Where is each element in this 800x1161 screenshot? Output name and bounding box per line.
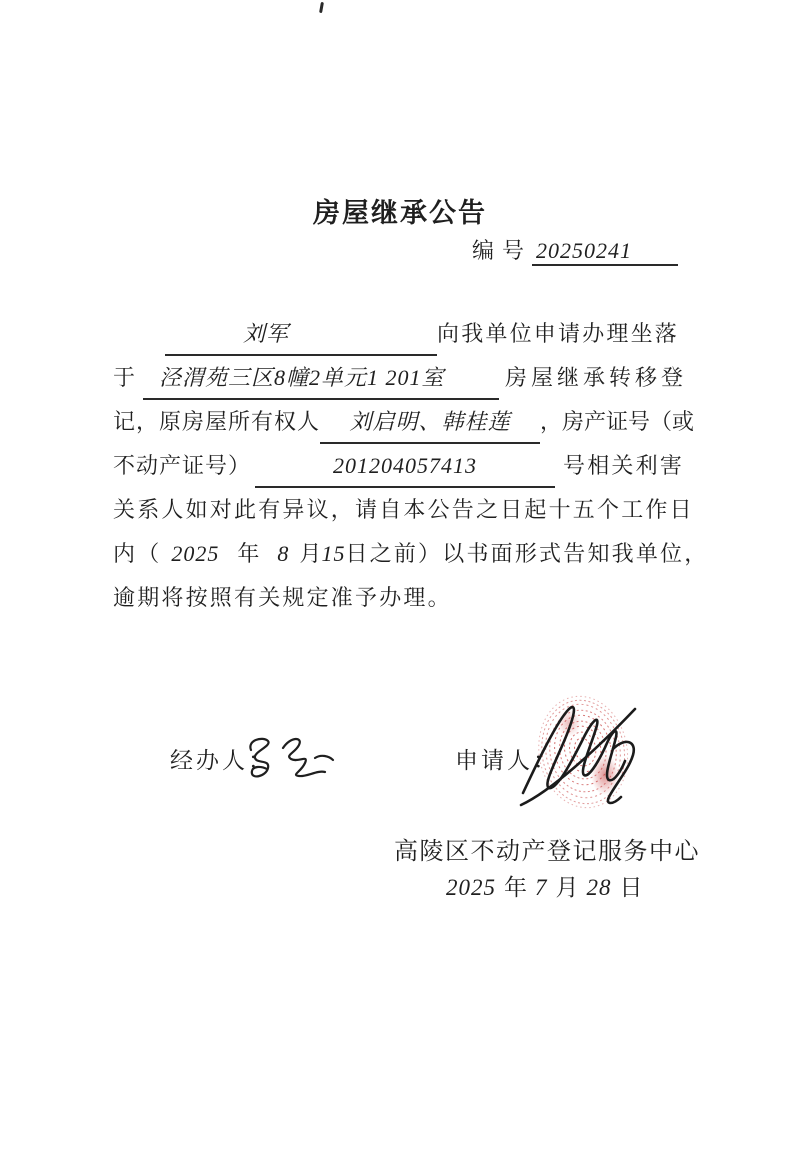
notice-body: 刘军向我单位申请办理坐落 于泾渭苑三区8幢2单元1 201室房屋继承转移登 记，… <box>113 314 695 622</box>
issue-date-day: 28 <box>587 875 612 900</box>
inheritance-notice-document: 房屋继承公告 编号20250241 刘军向我单位申请办理坐落 于泾渭苑三区8幢2… <box>0 0 800 1161</box>
original-owners-underline: 刘启明、韩桂莲 <box>320 402 540 444</box>
property-address-underline: 泾渭苑三区8幢2单元1 201室 <box>143 358 499 400</box>
deadline-year: 2025 <box>171 541 219 566</box>
number-label: 编号 <box>472 238 532 263</box>
property-address: 泾渭苑三区8幢2单元1 201室 <box>159 365 445 390</box>
applicant-signature-area <box>517 693 647 811</box>
document-number-line: 编号20250241 <box>472 234 678 266</box>
issue-date-line: 2025年7月28日 <box>446 869 651 902</box>
body-line-3: 记，原房屋所有权人刘启明、韩桂莲，房产证号（或 <box>113 402 695 446</box>
organization-name: 高陵区不动产登记服务中心 <box>394 831 700 866</box>
applicant-name-underline: 刘军 <box>165 314 437 356</box>
applicant-signature-scrawl-icon <box>517 693 647 811</box>
line6-prefix: 内（ <box>113 541 161 566</box>
line2-prefix: 于 <box>113 365 135 390</box>
issue-date-year: 2025 <box>446 875 496 900</box>
certificate-number-underline: 201204057413 <box>255 446 555 488</box>
body-line-7: 逾期将按照有关规定准予办理。 <box>113 578 695 622</box>
body-line-6: 内（2025年8月15日之前）以书面形式告知我单位， <box>113 534 695 578</box>
body-line-4: 不动产证号）201204057413号相关利害 <box>113 446 695 490</box>
document-title: 房屋继承公告 <box>0 191 800 230</box>
line4-prefix: 不动产证号） <box>113 453 251 478</box>
issue-date-month-unit: 月 <box>556 875 579 900</box>
body-line-2: 于泾渭苑三区8幢2单元1 201室房屋继承转移登 <box>113 358 695 402</box>
line4-printed-text: 号相关利害 <box>563 453 684 478</box>
line5-printed-text: 关系人如对此有异议，请自本公告之日起十五个工作日 <box>113 497 694 522</box>
line1-printed-text: 向我单位申请办理坐落 <box>437 321 679 346</box>
handler-signature-scrawl-icon <box>243 728 339 791</box>
number-value: 20250241 <box>536 238 632 263</box>
issue-date-day-unit: 日 <box>620 875 643 900</box>
line3-prefix: 记，原房屋所有权人 <box>113 409 320 434</box>
line6-suffix: 日之前）以书面形式告知我单位， <box>345 541 708 566</box>
line7-printed-text: 逾期将按照有关规定准予办理。 <box>113 585 452 610</box>
line2-printed-text: 房屋继承转移登 <box>505 365 687 390</box>
body-line-5: 关系人如对此有异议，请自本公告之日起十五个工作日 <box>113 490 695 534</box>
deadline-month-unit: 月 <box>299 541 321 566</box>
deadline-year-unit: 年 <box>237 541 259 566</box>
deadline-day: 15 <box>321 541 345 566</box>
scan-speck-mark <box>319 2 324 13</box>
deadline-month: 8 <box>277 541 289 566</box>
issue-date-month: 7 <box>535 875 548 900</box>
number-underline: 20250241 <box>532 238 678 266</box>
line3-printed-text: ，房产证号（或 <box>540 409 694 434</box>
certificate-number: 201204057413 <box>333 453 477 478</box>
body-line-1: 刘军向我单位申请办理坐落 <box>113 314 695 358</box>
applicant-name: 刘军 <box>243 321 289 346</box>
issue-date-year-unit: 年 <box>504 875 527 900</box>
original-owners: 刘启明、韩桂莲 <box>350 409 511 434</box>
